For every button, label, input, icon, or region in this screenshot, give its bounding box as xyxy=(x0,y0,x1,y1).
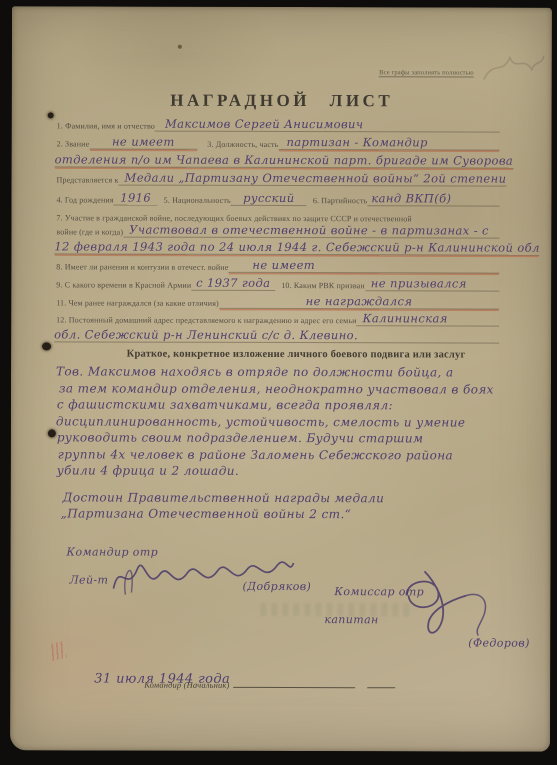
army-since-label: 9. С какого времени в Красной Армии xyxy=(56,280,191,289)
birth-year-label: 4. Год рождения xyxy=(56,195,113,204)
war-participation-value2: 12 февраля 1943 года по 24 июля 1944 г. … xyxy=(54,241,539,255)
award-sheet-page: Все графы заполнять полностью НАГРАДНОЙ … xyxy=(10,6,552,751)
previous-awards-value: не награждался xyxy=(219,296,499,309)
birth-year-value: 1916 xyxy=(114,193,158,206)
wounds-value: не имеет xyxy=(228,260,499,273)
war-participation-label1: 7. Участие в гражданской войне, последую… xyxy=(56,213,411,223)
narrative-line: за тем командир отделения, неоднократно … xyxy=(59,383,494,396)
footer-blank-line xyxy=(234,679,356,688)
field-position-value2: отделения п/о им Чапаева в Калининской п… xyxy=(55,154,514,168)
narrative-text: убили 4 фрица и 2 лошади. xyxy=(57,464,239,476)
wounds-label: 8. Имеет ли ранения и контузии в отечест… xyxy=(56,262,228,271)
ink-blot xyxy=(48,429,56,437)
field-home-address-line2: обл. Себежский р-н Ленинский с/с д. Клев… xyxy=(54,330,499,344)
narrative-line: с фашистскими захватчиками, всегда прояв… xyxy=(57,399,393,412)
presented-for-value: Медали „Партизану Отечественной войны“ 2… xyxy=(119,173,507,187)
rvk-label: 10. Каким РВК призван xyxy=(281,281,365,290)
conclusion-line: Достоин Правительственной награды медали xyxy=(63,492,385,505)
field-presented-for: Представляется к Медали „Партизану Отече… xyxy=(57,173,504,187)
commander-signature xyxy=(105,549,295,606)
narrative-text: за тем командир отделения, неоднократно … xyxy=(59,382,494,395)
field-name-value: Максимов Сергей Анисимович xyxy=(155,119,500,132)
narrative-line: убили 4 фрица и 2 лошади. xyxy=(57,465,239,477)
merit-section-heading: Краткое, конкретное изложение личного бо… xyxy=(81,348,511,360)
narrative-line: Тов. Максимов находясь в отряде по должн… xyxy=(56,366,454,379)
field-rank-value: не имеет xyxy=(89,136,197,149)
previous-awards-label: 11. Чем ранее награждался (за какие отли… xyxy=(56,298,219,307)
field-war-participation-line3: 12 февраля 1943 года по 24 июля 1944 г. … xyxy=(54,242,499,256)
footer-blank-line xyxy=(368,679,396,688)
fill-all-fields-note: Все графы заполнять полностью xyxy=(379,69,474,77)
party-label: 6. Партийность xyxy=(313,196,368,205)
narrative-text: группы 4х человек в районе Заломень Себе… xyxy=(58,448,453,461)
field-war-participation-line2: войне (где и когда) Участвовал в отечест… xyxy=(56,225,499,239)
nationality-label: 5. Национальность xyxy=(164,196,231,205)
conclusion-text: Достоин Правительственной награды медали xyxy=(63,491,385,504)
home-address-value2: обл. Себежский р-н Ленинский с/с д. Клев… xyxy=(54,329,499,343)
commissar-name: (Федоров) xyxy=(468,637,557,649)
party-value: канд ВКП(б) xyxy=(367,193,499,206)
conclusion-line: „Партизана Отечественной войны 2 ст.“ xyxy=(61,508,352,521)
paper-speck xyxy=(178,45,182,49)
signature-scribble-icon xyxy=(388,565,508,640)
pencil-squiggle xyxy=(480,50,546,93)
nationality-value: русский xyxy=(231,193,307,206)
ink-blot xyxy=(42,342,51,350)
red-pencil-mark xyxy=(48,641,67,661)
field-rank-position: 2. Звание не имеет 3. Должность, часть п… xyxy=(57,137,500,151)
punch-hole xyxy=(48,112,54,118)
field-wounds: 8. Имеет ли ранения и контузии в отечест… xyxy=(56,260,499,274)
narrative-text: Тов. Максимов находясь в отряде по должн… xyxy=(56,365,454,378)
field-position-continued: отделения п/о им Чапаева в Калининской п… xyxy=(55,155,502,169)
field-rank-label: 2. Звание xyxy=(57,139,90,148)
field-previous-awards: 11. Чем ранее награждался (за какие отли… xyxy=(56,296,499,310)
conclusion-text: „Партизана Отечественной войны 2 ст.“ xyxy=(61,507,352,520)
footer-commander-block: Командир (Начальник) xyxy=(144,679,395,691)
footer-commander-label: Командир (Начальник) xyxy=(144,680,229,690)
narrative-text: дисциплинированность, устойчивость, смел… xyxy=(56,415,466,428)
field-home-address: 12. Постоянный домашний адрес представля… xyxy=(56,313,499,327)
narrative-line: группы 4х человек в районе Заломень Себе… xyxy=(58,449,453,462)
field-position-value: партизан - Командир xyxy=(278,137,499,150)
war-participation-label2: войне (где и когда) xyxy=(56,227,123,236)
narrative-text: с фашистскими захватчиками, всегда прояв… xyxy=(57,398,393,411)
commissar-signature xyxy=(388,565,508,645)
rvk-value: не призывался xyxy=(365,278,499,291)
signature-scribble-icon xyxy=(105,549,295,601)
page-title: НАГРАДНОЙ ЛИСТ xyxy=(12,90,552,111)
photo-of-document: { "colors":{ "background":"#0e0d0b", "pa… xyxy=(0,0,557,765)
war-participation-value1: Участвовал в отечественной войне - в пар… xyxy=(123,225,499,238)
home-address-value1: Калининская xyxy=(357,313,500,326)
field-position-label: 3. Должность, часть xyxy=(207,140,278,149)
narrative-line: руководить своим подразделением. Будучи … xyxy=(57,432,424,445)
narrative-line: дисциплинированность, устойчивость, смел… xyxy=(56,416,466,429)
army-since-value: с 1937 года xyxy=(191,278,275,291)
field-birth-nationality-party: 4. Год рождения 1916 5. Национальность р… xyxy=(56,193,499,207)
narrative-text: руководить своим подразделением. Будучи … xyxy=(57,431,424,444)
home-address-label: 12. Постоянный домашний адрес представля… xyxy=(56,315,356,325)
field-army-service: 9. С какого времени в Красной Армии с 19… xyxy=(56,278,499,292)
field-name: 1. Фамилия, имя и отчество Максимов Серг… xyxy=(57,119,500,133)
presented-for-label: Представляется к xyxy=(57,175,119,184)
field-name-label: 1. Фамилия, имя и отчество xyxy=(57,121,155,130)
